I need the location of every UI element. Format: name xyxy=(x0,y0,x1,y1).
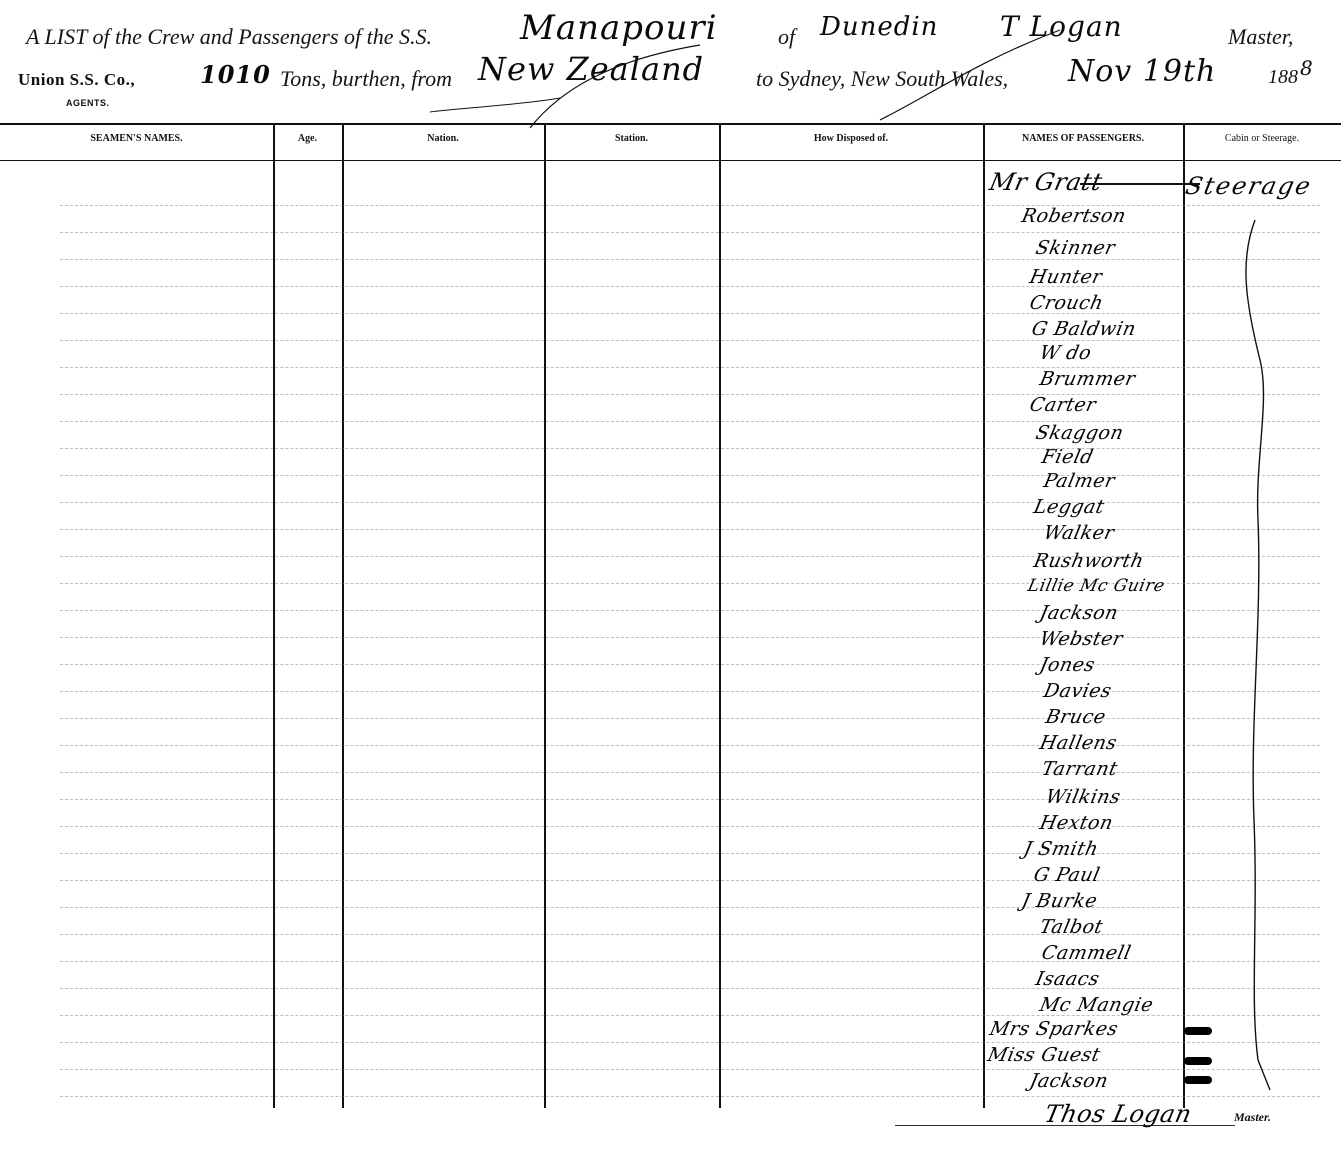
passenger-name: Rushworth xyxy=(1032,550,1146,572)
passenger-name: Skaggon xyxy=(1034,422,1126,444)
column-header-age: Age. xyxy=(273,133,342,144)
passenger-name: Palmer xyxy=(1042,470,1117,492)
passenger-name: Robertson xyxy=(1020,205,1128,227)
ditto-mark xyxy=(1184,1057,1212,1065)
passenger-name: Isaacs xyxy=(1034,968,1102,990)
passenger-name: G Baldwin xyxy=(1030,318,1139,340)
passenger-name: Skinner xyxy=(1034,237,1118,259)
passenger-name: Carter xyxy=(1028,394,1099,416)
passenger-name: J Smith xyxy=(1022,838,1101,860)
passenger-name: Davies xyxy=(1042,680,1114,702)
passenger-name: Wilkins xyxy=(1044,786,1123,808)
passenger-name: Jackson xyxy=(1038,602,1121,624)
passenger-name: Hexton xyxy=(1038,812,1116,834)
passenger-name: Bruce xyxy=(1044,706,1108,728)
passenger-name: Talbot xyxy=(1038,916,1106,938)
passenger-name: Cammell xyxy=(1040,942,1133,964)
ditto-mark xyxy=(1184,1027,1212,1035)
passenger-name: Lillie Mc Guire xyxy=(1026,576,1167,596)
column-header-how-disposed: How Disposed of. xyxy=(719,133,983,144)
passenger-name: Walker xyxy=(1042,522,1117,544)
passenger-name: Tarrant xyxy=(1040,758,1120,780)
passenger-name: Mrs Sparkes xyxy=(988,1018,1121,1040)
passenger-name: Jackson xyxy=(1028,1070,1111,1092)
header-bottom-rule xyxy=(0,160,1341,161)
passenger-name: J Burke xyxy=(1020,890,1100,912)
signature-label: Master. xyxy=(1234,1110,1271,1125)
passenger-name: G Paul xyxy=(1032,864,1102,886)
column-header-station: Station. xyxy=(544,133,719,144)
passenger-name: Crouch xyxy=(1028,292,1106,314)
passenger-name: Webster xyxy=(1038,628,1125,650)
column-header-passenger-names: NAMES OF PASSENGERS. xyxy=(983,133,1183,144)
ditto-bracket xyxy=(1230,200,1290,1100)
passenger-name: W do xyxy=(1038,342,1094,364)
passenger-name: Miss Guest xyxy=(986,1044,1103,1066)
passenger-name: Hallens xyxy=(1038,732,1119,754)
steerage-entry: Steerage xyxy=(1183,172,1315,200)
passenger-name: Field xyxy=(1040,446,1096,468)
passenger-name: Brummer xyxy=(1038,368,1138,390)
column-header-seamens-names: SEAMEN'S NAMES. xyxy=(0,133,273,144)
passenger-name: Hunter xyxy=(1028,266,1105,288)
ditto-mark xyxy=(1184,1076,1212,1084)
table-top-rule xyxy=(0,123,1341,125)
passenger-name: Mr Gratt xyxy=(987,168,1105,196)
passenger-name: Leggat xyxy=(1032,496,1107,518)
passenger-name: Jones xyxy=(1038,654,1097,676)
passenger-name: Mc Mangie xyxy=(1038,994,1156,1016)
strike-line xyxy=(1080,183,1200,185)
column-header-cabin-steerage: Cabin or Steerage. xyxy=(1183,133,1341,144)
column-header-nation: Nation. xyxy=(342,133,544,144)
master-signature: Thos Logan xyxy=(1042,1100,1194,1128)
